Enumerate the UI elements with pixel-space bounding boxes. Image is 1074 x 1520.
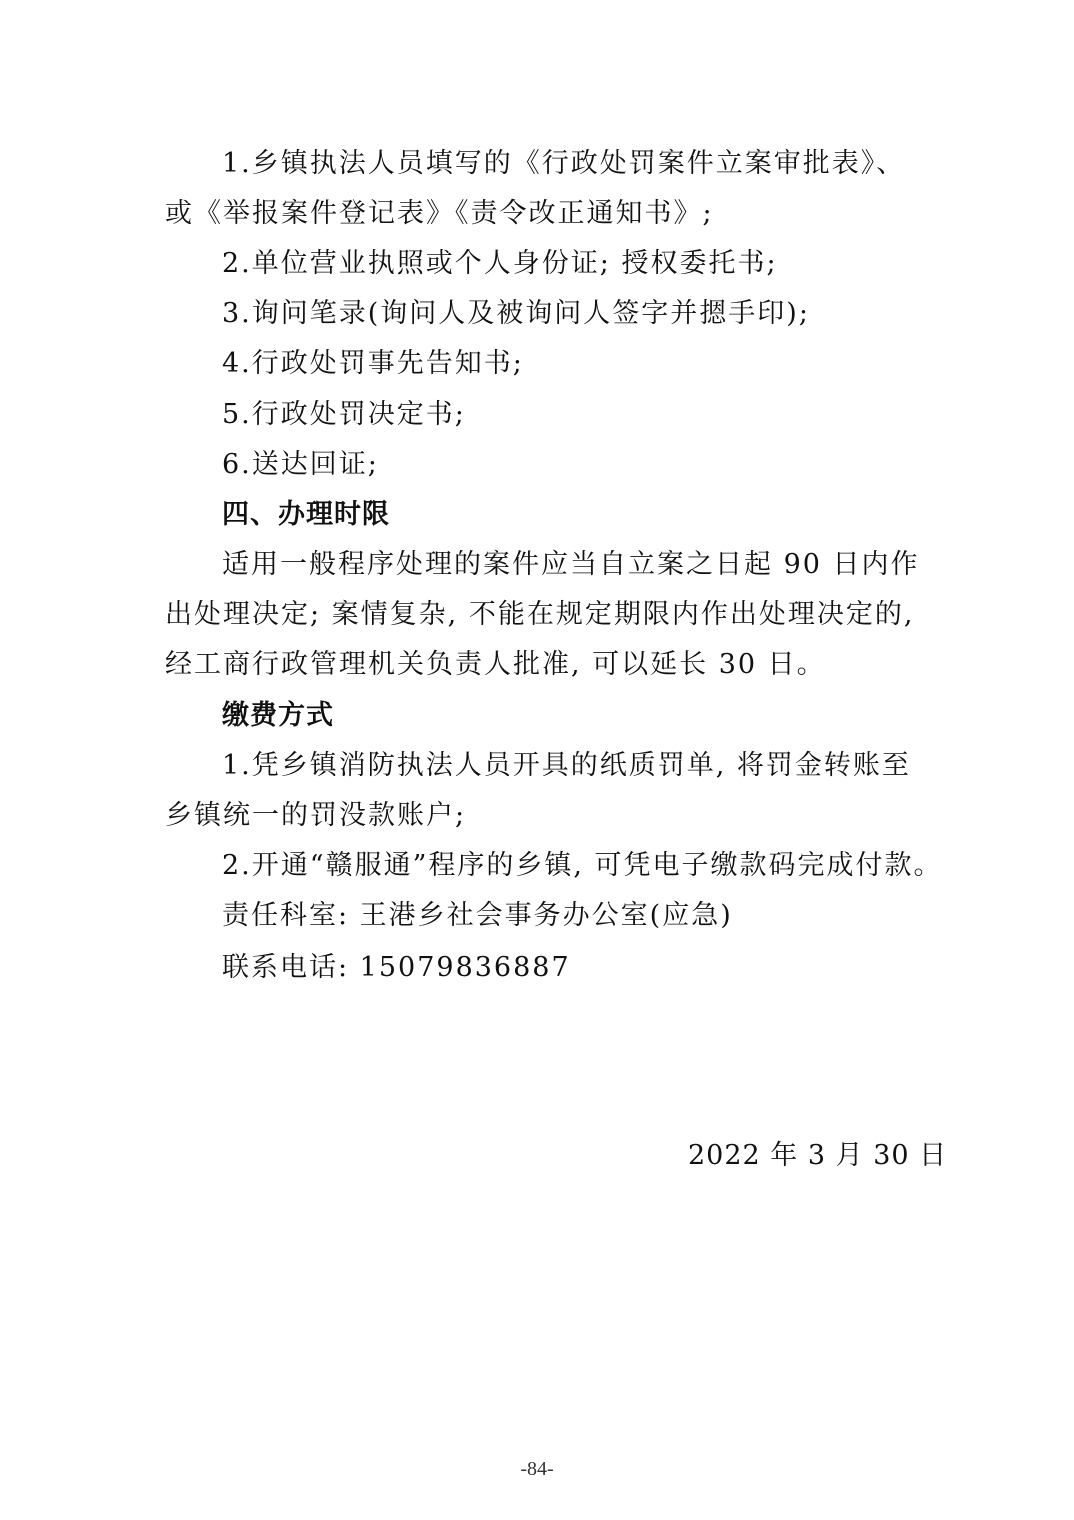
material-item-6: 6.送达回证;: [222, 447, 379, 483]
time-limit-line-3: 经工商行政管理机关负责人批准, 可以延长 30 日。: [165, 647, 826, 683]
material-item-4: 4.行政处罚事先告知书;: [222, 346, 524, 382]
material-item-1: 1.乡镇执法人员填写的《行政处罚案件立案审批表》、: [222, 146, 905, 182]
document-date: 2022 年 3 月 30 日: [688, 1138, 947, 1174]
payment-heading: 缴费方式: [222, 698, 334, 734]
material-item-1-cont: 或《举报案件登记表》《责令改正通知书》;: [165, 196, 714, 232]
material-item-2: 2.单位营业执照或个人身份证; 授权委托书;: [222, 246, 778, 282]
time-limit-line-1: 适用一般程序处理的案件应当自立案之日起 90 日内作: [222, 547, 920, 583]
contact-phone: 联系电话: 15079836887: [222, 950, 571, 986]
material-item-3: 3.询问笔录(询问人及被询问人签字并摁手印);: [222, 296, 810, 332]
time-limit-line-2: 出处理决定; 案情复杂, 不能在规定期限内作出处理决定的,: [165, 597, 914, 633]
payment-line-3: 2.开通“赣服通”程序的乡镇, 可凭电子缴款码完成付款。: [222, 848, 943, 884]
material-item-5: 5.行政处罚决定书;: [222, 397, 466, 433]
responsible-office: 责任科室: 王港乡社会事务办公室(应急): [222, 898, 733, 934]
payment-line-1: 1.凭乡镇消防执法人员开具的纸质罚单, 将罚金转账至: [222, 748, 911, 784]
payment-line-2: 乡镇统一的罚没款账户;: [165, 798, 466, 834]
time-limit-heading: 四、办理时限: [222, 497, 390, 533]
page-number: -84-: [0, 1456, 1074, 1482]
